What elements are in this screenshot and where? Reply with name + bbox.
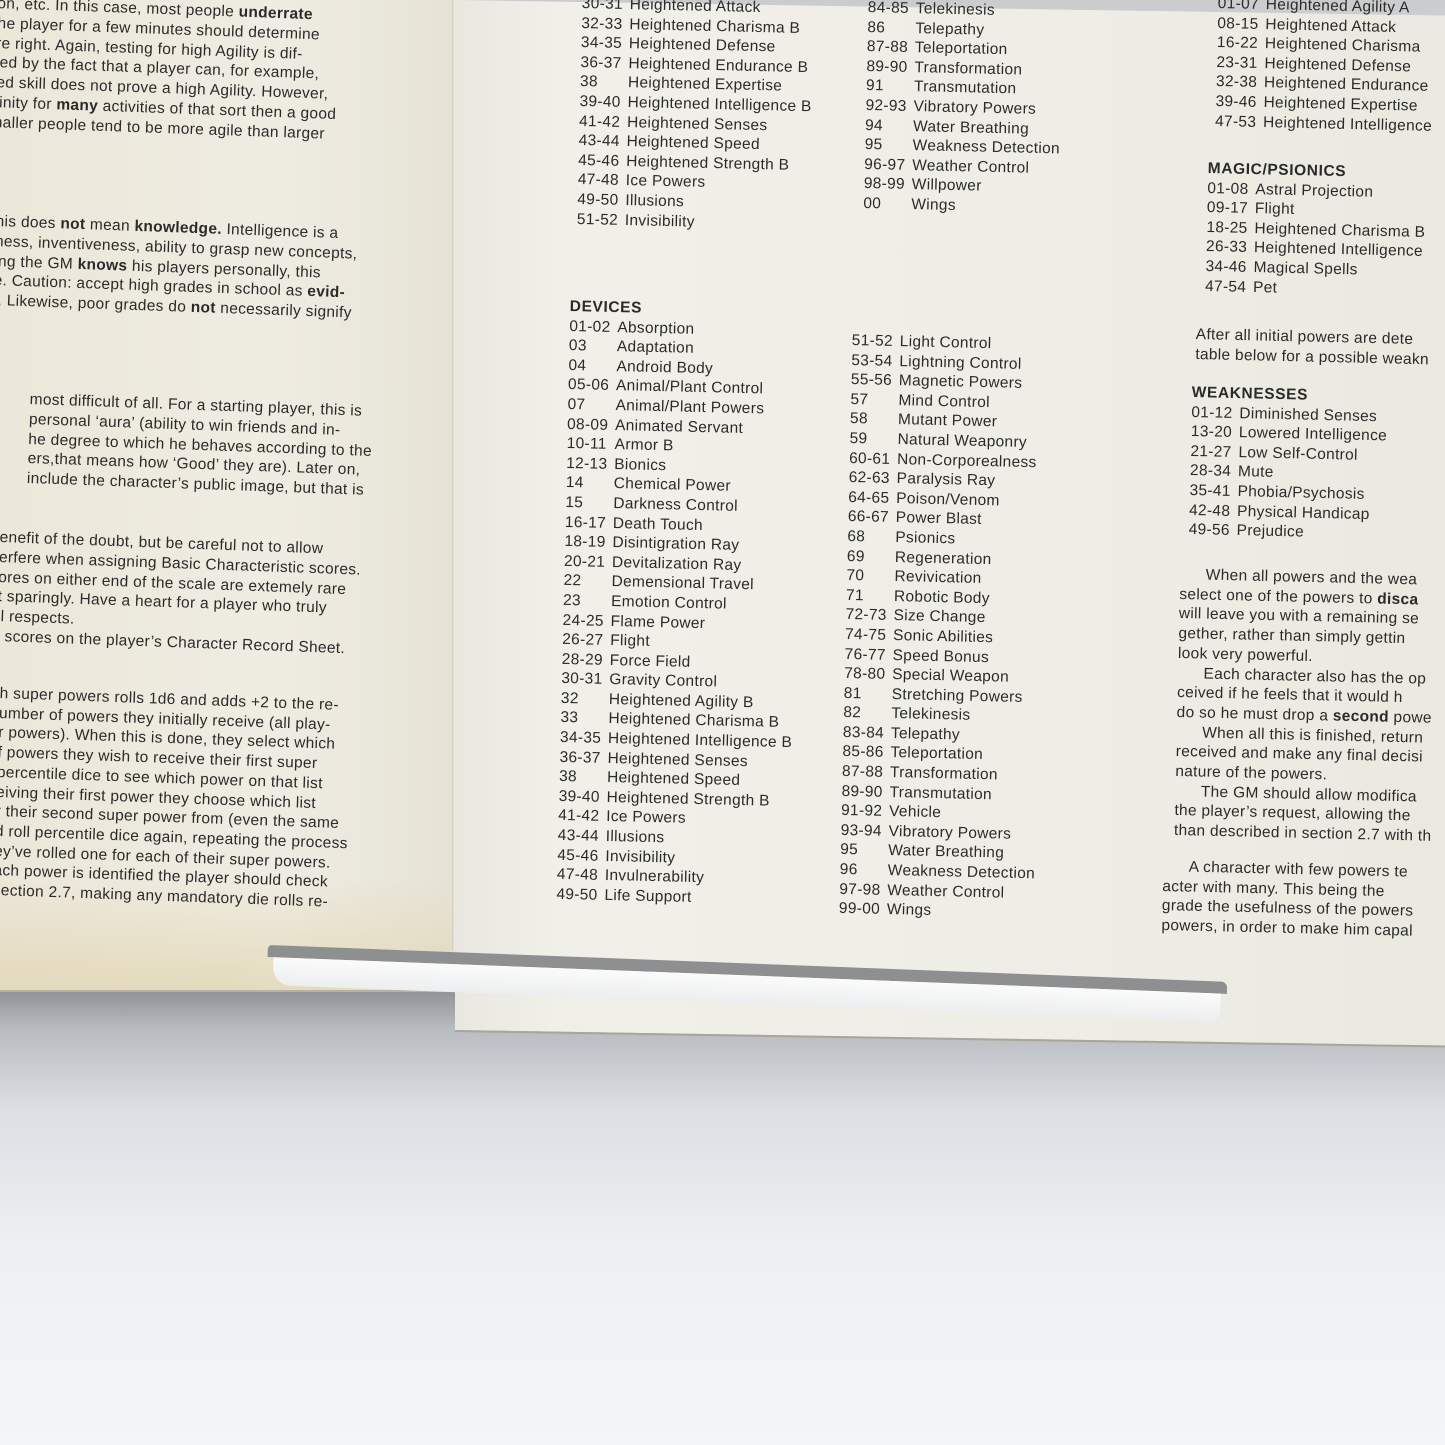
power-name: Mutant Power — [898, 411, 998, 430]
power-name: Heightened Defense — [629, 35, 776, 55]
power-name: Force Field — [610, 652, 691, 671]
roll-range: 76-77 — [844, 644, 892, 665]
roll-range: 85-86 — [842, 742, 890, 763]
roll-range: 34-35 — [581, 33, 629, 54]
roll-range: 43-44 — [558, 826, 606, 847]
roll-range: 35-41 — [1189, 481, 1237, 502]
power-name: Willpower — [912, 176, 982, 195]
power-name: Devitalization Ray — [612, 554, 742, 574]
roll-range: 96-97 — [864, 155, 912, 176]
roll-range: 69 — [847, 546, 895, 567]
power-name: Paralysis Ray — [896, 470, 995, 489]
roll-range: 23 — [563, 591, 611, 612]
power-name: Life Support — [604, 887, 692, 906]
roll-range: 68 — [847, 527, 895, 548]
power-name: Regeneration — [895, 549, 992, 568]
roll-range: 78-80 — [844, 664, 892, 685]
power-name: Illusions — [606, 828, 665, 846]
table-surface — [0, 990, 1445, 1445]
power-name: Heightened Strength B — [626, 153, 789, 174]
roll-range: 91 — [866, 76, 914, 97]
roll-range: 23-31 — [1216, 53, 1264, 74]
weakness-intro-text: After all initial powers are detetable b… — [1195, 325, 1429, 369]
power-name: Teleportation — [890, 744, 983, 763]
roll-range: 33 — [560, 708, 608, 729]
roll-range: 32-33 — [581, 14, 629, 35]
roll-range: 01-02 — [569, 317, 617, 338]
power-name: Heightened Attack — [1265, 16, 1396, 36]
power-name: Transmutation — [889, 784, 992, 803]
power-name: Invisibility — [625, 212, 695, 231]
roll-range: 43-44 — [578, 131, 626, 152]
roll-range: 05-06 — [568, 375, 616, 396]
roll-range: 96 — [840, 860, 888, 881]
roll-range: 47-54 — [1205, 277, 1253, 298]
power-name: Flight — [610, 632, 650, 650]
roll-range: 58 — [850, 409, 898, 430]
roll-range: 47-48 — [578, 170, 626, 191]
roll-range: 18-25 — [1206, 218, 1254, 239]
devices-table-col2: 51-52Light Control53-54Lightning Control… — [839, 331, 1048, 923]
power-name: Ice Powers — [606, 808, 686, 827]
power-name: Adaptation — [617, 338, 694, 357]
power-name: Heightened Endurance B — [628, 55, 808, 76]
power-name: Wings — [887, 901, 932, 919]
power-name: Natural Weaponry — [897, 431, 1027, 451]
roll-range: 36-37 — [580, 53, 628, 74]
power-name: Illusions — [625, 192, 684, 210]
power-name: Heightened Senses — [607, 750, 748, 770]
power-name: Mute — [1238, 463, 1274, 481]
roll-range: 99-00 — [839, 899, 887, 920]
roll-range: 18-19 — [564, 532, 612, 553]
roll-range: 66-67 — [848, 507, 896, 528]
power-name: Heightened Expertise — [628, 74, 783, 94]
power-name: Transformation — [914, 59, 1022, 78]
roll-range: 38 — [580, 72, 628, 93]
power-name: Heightened Charisma B — [1254, 220, 1425, 241]
roll-range: 34-35 — [560, 728, 608, 749]
power-name: Bionics — [614, 456, 666, 474]
power-name: Heightened Agility B — [609, 691, 754, 711]
roll-range: 26-27 — [562, 630, 610, 651]
power-name: Absorption — [617, 319, 694, 338]
power-name: Vibratory Powers — [913, 98, 1036, 118]
power-name: Animated Servant — [615, 417, 743, 437]
power-name: Phobia/Psychosis — [1237, 483, 1365, 503]
power-name: Animal/Plant Control — [616, 377, 764, 397]
roll-range: 81 — [844, 684, 892, 705]
weaknesses-table: WEAKNESSES01-12Diminished Senses13-20Low… — [1188, 383, 1388, 544]
roll-range: 22 — [563, 571, 611, 592]
roll-range: 36-37 — [559, 748, 607, 769]
mutant-power-list-end: 84-85Telekinesis86Telepathy87-88Teleport… — [863, 0, 1063, 218]
power-name: Demensional Travel — [611, 573, 754, 593]
roll-range: 41-42 — [558, 806, 606, 827]
roll-range: 91-92 — [841, 801, 889, 822]
power-name: Heightened Intelligence B — [608, 730, 792, 751]
power-name: Heightened Expertise — [1263, 94, 1418, 114]
training-power-list: 01-07Heightened Agility A08-15Heightened… — [1215, 0, 1435, 136]
mutant-power-list-continued: 30-31Heightened Attack32-33Heightened Ch… — [577, 0, 814, 234]
roll-range: 62-63 — [848, 468, 896, 489]
roll-range: 34-46 — [1205, 257, 1253, 278]
roll-range: 20-21 — [564, 552, 612, 573]
roll-range: 28-29 — [562, 650, 610, 671]
roll-range: 72-73 — [845, 605, 893, 626]
power-name: Heightened Intelligence B — [627, 94, 811, 115]
roll-range: 39-40 — [558, 787, 606, 808]
roll-range: 83-84 — [843, 723, 891, 744]
roll-range: 21-27 — [1190, 442, 1238, 463]
power-name: Armor B — [614, 436, 673, 454]
roll-range: 86 — [867, 18, 915, 39]
power-name: Power Blast — [896, 509, 982, 528]
power-name: Heightened Charisma — [1265, 35, 1421, 56]
power-name: Weakness Detection — [912, 137, 1060, 157]
roll-range: 82 — [843, 703, 891, 724]
power-name: Vibratory Powers — [888, 823, 1011, 843]
super-powers-paragraph: h super powers rolls 1d6 and adds +2 to … — [0, 684, 353, 913]
power-name: Lowered Intelligence — [1239, 424, 1388, 444]
power-name: Telepathy — [891, 725, 960, 744]
power-name: Death Touch — [613, 515, 703, 534]
roll-range: 32 — [561, 689, 609, 710]
power-name: Teleportation — [915, 39, 1008, 58]
power-name: Heightened Defense — [1264, 55, 1411, 75]
power-name: Darkness Control — [613, 495, 738, 515]
few-powers-text: A character with few powers teacter with… — [1161, 857, 1414, 941]
power-name: Diminished Senses — [1239, 405, 1377, 425]
roll-range: 92-93 — [865, 96, 913, 117]
power-name: Invisibility — [605, 848, 675, 867]
roll-range: 42-48 — [1189, 501, 1237, 522]
roll-range: 32-38 — [1216, 72, 1264, 93]
power-name: Magical Spells — [1253, 259, 1357, 278]
roll-range: 16-17 — [565, 512, 613, 533]
roll-range: 59 — [849, 429, 897, 450]
roll-range: 12-13 — [566, 454, 614, 475]
roll-range: 45-46 — [557, 845, 605, 866]
power-name: Psionics — [895, 529, 955, 547]
power-name: Astral Projection — [1255, 181, 1373, 201]
power-name: Telepathy — [915, 20, 984, 39]
power-selection-text: When all powers and the weaselect one of… — [1174, 565, 1438, 847]
power-name: Size Change — [893, 607, 985, 626]
roll-range: 01-07 — [1218, 0, 1266, 15]
roll-range: 71 — [846, 586, 894, 607]
roll-range: 53-54 — [851, 351, 899, 372]
power-name: Water Breathing — [913, 118, 1029, 138]
power-name: Invulnerability — [605, 867, 705, 886]
roll-range: 04 — [568, 356, 616, 377]
roll-range: 41-42 — [579, 112, 627, 133]
roll-range: 49-50 — [556, 885, 604, 906]
roll-range: 89-90 — [841, 782, 889, 803]
roll-range: 95 — [864, 135, 912, 156]
intelligence-paragraph: his does not mean knowledge. Intelligenc… — [0, 212, 358, 324]
power-name: Telekinesis — [891, 705, 970, 724]
power-name: Weather Control — [887, 882, 1004, 902]
power-name: Speed Bonus — [892, 647, 989, 666]
power-name: Gravity Control — [609, 671, 717, 690]
power-name: Flame Power — [610, 613, 705, 632]
power-name: Sonic Abilities — [893, 627, 994, 646]
roll-range: 08-09 — [567, 415, 615, 436]
roll-range: 39-40 — [579, 92, 627, 113]
power-name: Special Weapon — [892, 666, 1009, 686]
power-name: Android Body — [616, 358, 713, 377]
power-name: Transformation — [890, 764, 998, 783]
power-name: Physical Handicap — [1237, 503, 1370, 523]
power-name: Non-Corporealness — [897, 451, 1037, 471]
roll-range: 39-46 — [1215, 92, 1263, 113]
roll-range: 74-75 — [845, 625, 893, 646]
power-name: Heightened Attack — [630, 0, 761, 16]
power-name: Heightened Speed — [607, 769, 741, 789]
roll-range: 89-90 — [866, 57, 914, 78]
power-name: Disintigration Ray — [612, 534, 739, 554]
power-name: Heightened Strength B — [606, 789, 769, 810]
roll-range: 03 — [569, 336, 617, 357]
roll-range: 98-99 — [864, 174, 912, 195]
roll-range: 26-33 — [1206, 237, 1254, 258]
magic-psionics-table: MAGIC/PSIONICS01-08Astral Projection09-1… — [1205, 159, 1427, 301]
power-name: Heightened Charisma B — [629, 16, 800, 37]
roll-range: 49-56 — [1188, 520, 1236, 541]
power-name: Heightened Senses — [627, 114, 768, 134]
roll-range: 94 — [865, 116, 913, 137]
roll-range: 87-88 — [867, 37, 915, 58]
power-name: Transmutation — [914, 78, 1017, 97]
roll-range: 07 — [567, 395, 615, 416]
power-name: Magnetic Powers — [899, 372, 1023, 392]
roll-range: 00 — [863, 194, 911, 215]
roll-range: 49-50 — [577, 190, 625, 211]
photo-scene: ion, etc. In this case, most people unde… — [0, 0, 1445, 1445]
roll-range: 38 — [559, 767, 607, 788]
roll-range: 01-12 — [1191, 403, 1239, 424]
roll-range: 09-17 — [1207, 198, 1255, 219]
roll-range: 93-94 — [840, 821, 888, 842]
power-name: Flight — [1255, 200, 1295, 218]
power-name: Robotic Body — [894, 588, 990, 607]
power-name: Low Self-Control — [1238, 444, 1358, 464]
roll-range: 16-22 — [1217, 33, 1265, 54]
power-name: Animal/Plant Powers — [615, 397, 764, 417]
roll-range: 47-53 — [1215, 112, 1263, 133]
agility-paragraph: ion, etc. In this case, most people unde… — [0, 0, 340, 145]
roll-range: 14 — [566, 473, 614, 494]
power-name: Heightened Intelligence — [1254, 239, 1423, 260]
power-name: Wings — [911, 196, 956, 214]
power-name: Heightened Speed — [626, 133, 760, 153]
roll-range: 08-15 — [1217, 14, 1265, 35]
power-name: Heightened Endurance — [1264, 74, 1429, 95]
power-name: Weakness Detection — [888, 862, 1036, 882]
roll-range: 95 — [840, 840, 888, 861]
book-gutter — [452, 0, 455, 950]
roll-range: 10-11 — [566, 434, 614, 455]
power-name: Stretching Powers — [892, 686, 1023, 706]
power-name: Emotion Control — [611, 593, 727, 613]
charisma-paragraph: most difficult of all. For a starting pl… — [27, 390, 374, 501]
power-name: Heightened Intelligence — [1263, 114, 1432, 135]
power-name: Heightened Agility A — [1266, 0, 1410, 16]
scoring-paragraph: enefit of the doubt, but be careful not … — [0, 528, 362, 659]
power-name: Heightened Charisma B — [608, 710, 779, 731]
devices-table-col1: DEVICES01-02Absorption03Adaptation04Andr… — [556, 297, 802, 910]
roll-range: 15 — [565, 493, 613, 514]
roll-range: 87-88 — [842, 762, 890, 783]
power-name: Lightning Control — [899, 353, 1022, 373]
power-name: Poison/Venom — [896, 490, 1000, 509]
power-name: Water Breathing — [888, 842, 1004, 862]
roll-range: 97-98 — [839, 879, 887, 900]
power-name: Revivication — [894, 568, 982, 587]
power-name: Mind Control — [898, 392, 990, 411]
roll-range: 28-34 — [1190, 461, 1238, 482]
power-name: Ice Powers — [626, 172, 706, 191]
power-name: Light Control — [900, 333, 992, 352]
roll-range: 60-61 — [849, 449, 897, 470]
roll-range: 24-25 — [562, 610, 610, 631]
power-name: Chemical Power — [614, 475, 731, 495]
power-name: Vehicle — [889, 803, 941, 821]
power-name: Pet — [1253, 279, 1278, 297]
roll-range: 84-85 — [868, 0, 916, 19]
power-name: Weather Control — [912, 157, 1029, 177]
roll-range: 01-08 — [1207, 179, 1255, 200]
roll-range: 47-48 — [557, 865, 605, 886]
roll-range: 30-31 — [561, 669, 609, 690]
roll-range: 64-65 — [848, 488, 896, 509]
power-name: Prejudice — [1236, 522, 1304, 541]
roll-range: 45-46 — [578, 151, 626, 172]
power-name: Telekinesis — [916, 0, 995, 19]
roll-range: 51-52 — [577, 209, 625, 230]
roll-range: 57 — [850, 390, 898, 411]
roll-range: 30-31 — [582, 0, 630, 15]
roll-range: 70 — [846, 566, 894, 587]
roll-range: 51-52 — [852, 331, 900, 352]
roll-range: 55-56 — [851, 370, 899, 391]
roll-range: 13-20 — [1191, 422, 1239, 443]
